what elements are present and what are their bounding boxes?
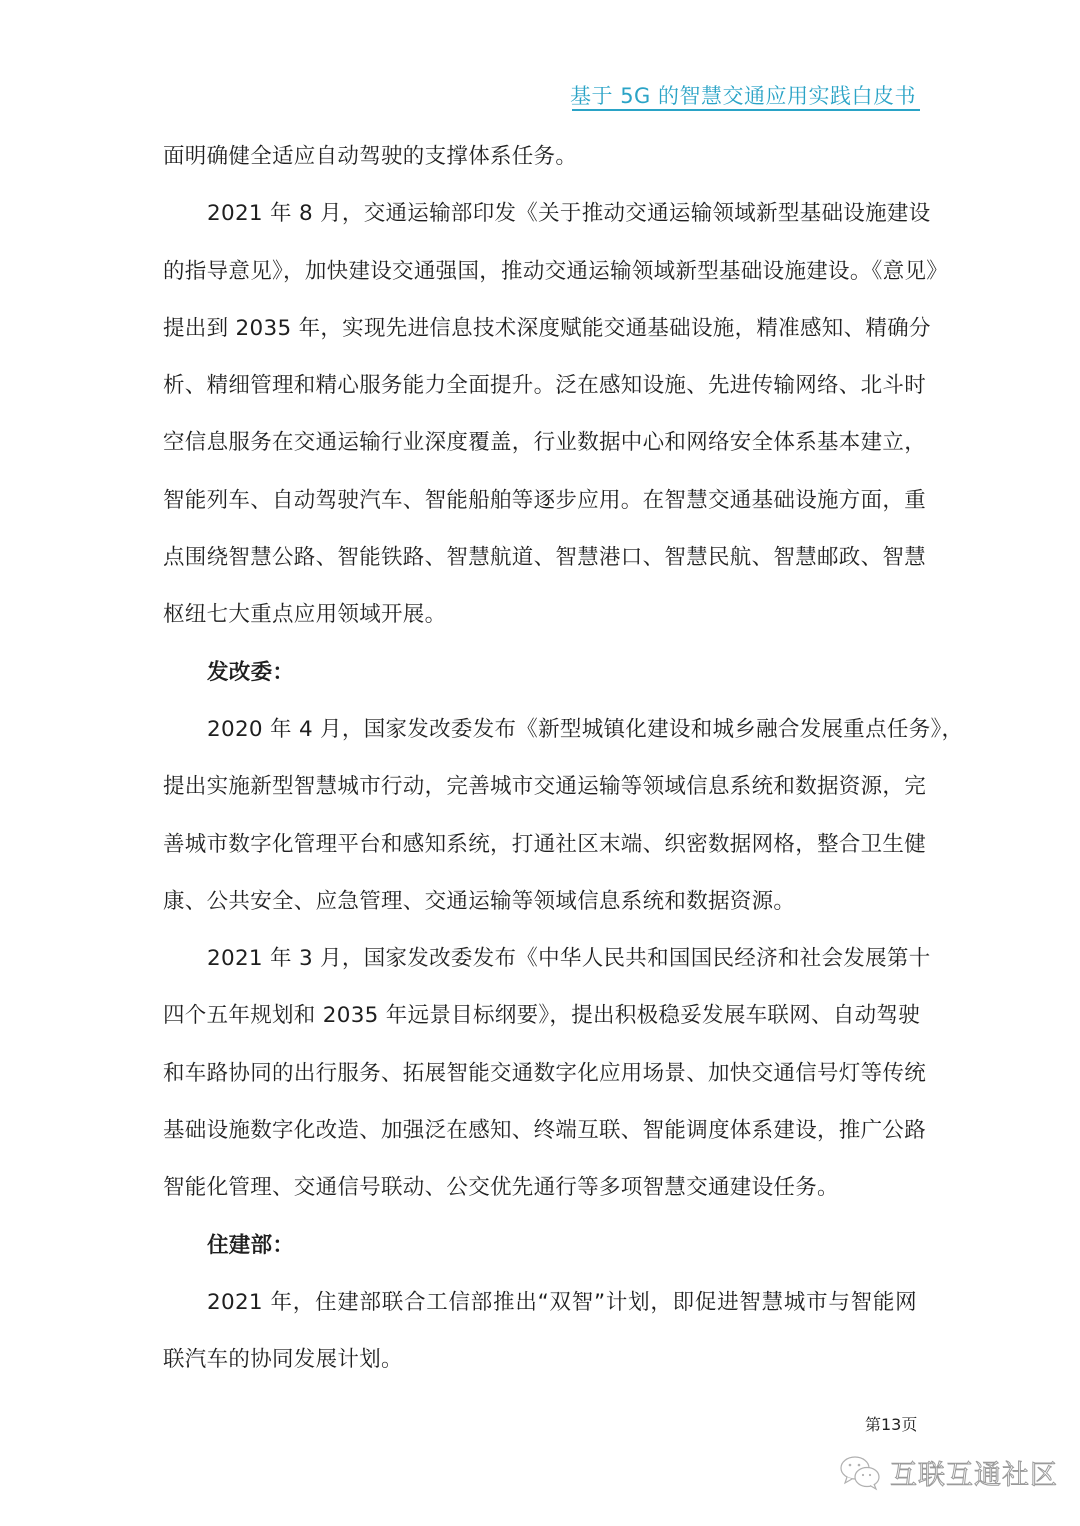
body-line: 2021 年，住建部联合工信部推出“双智”计划，即促进智慧城市与智能网: [163, 1274, 917, 1331]
section-heading-ndrc: 发改委：: [163, 644, 917, 701]
body-line: 善城市数字化管理平台和感知系统，打通社区末端、织密数据网格，整合卫生健: [163, 816, 917, 873]
section-heading-mohurd: 住建部：: [163, 1217, 917, 1274]
body-line: 的指导意见》，加快建设交通强国，推动交通运输领域新型基础设施建设。《意见》: [163, 243, 917, 300]
page-number: 第13页: [865, 1412, 917, 1435]
body-line: 2021 年 8 月，交通运输部印发《关于推动交通运输领域新型基础设施建设: [163, 185, 917, 242]
document-title: 基于 5G 的智慧交通应用实践白皮书: [570, 80, 916, 110]
watermark-text: 互联互通社区: [890, 1453, 1058, 1492]
body-line: 基础设施数字化改造、加强泛在感知、终端互联、智能调度体系建设，推广公路: [163, 1102, 917, 1159]
body-line: 2020 年 4 月，国家发改委发布《新型城镇化建设和城乡融合发展重点任务》，: [163, 701, 917, 758]
watermark: 互联互通社区: [838, 1450, 1058, 1494]
body-line: 和车路协同的出行服务、拓展智能交通数字化应用场景、加快交通信号灯等传统: [163, 1045, 917, 1102]
body-line: 智能列车、自动驾驶汽车、智能船舶等逐步应用。在智慧交通基础设施方面，重: [163, 472, 917, 529]
body-line: 四个五年规划和 2035 年远景目标纲要》，提出积极稳妥发展车联网、自动驾驶: [163, 987, 917, 1044]
body-line: 康、公共安全、应急管理、交通运输等领域信息系统和数据资源。: [163, 873, 917, 930]
body-line: 枢纽七大重点应用领域开展。: [163, 586, 917, 643]
body-line: 点围绕智慧公路、智能铁路、智慧航道、智慧港口、智慧民航、智慧邮政、智慧: [163, 529, 917, 586]
document-body: 面明确健全适应自动驾驶的支撑体系任务。 2021 年 8 月，交通运输部印发《关…: [163, 128, 917, 1389]
body-line: 面明确健全适应自动驾驶的支撑体系任务。: [163, 128, 917, 185]
wechat-icon: [838, 1452, 882, 1492]
header-divider: [572, 109, 920, 111]
body-line: 联汽车的协同发展计划。: [163, 1331, 917, 1388]
body-line: 提出实施新型智慧城市行动，完善城市交通运输等领域信息系统和数据资源，完: [163, 758, 917, 815]
body-line: 2021 年 3 月，国家发改委发布《中华人民共和国国民经济和社会发展第十: [163, 930, 917, 987]
document-header: 基于 5G 的智慧交通应用实践白皮书: [572, 78, 920, 110]
body-line: 智能化管理、交通信号联动、公交优先通行等多项智慧交通建设任务。: [163, 1159, 917, 1216]
body-line: 提出到 2035 年，实现先进信息技术深度赋能交通基础设施，精准感知、精确分: [163, 300, 917, 357]
body-line: 空信息服务在交通运输行业深度覆盖，行业数据中心和网络安全体系基本建立，: [163, 414, 917, 471]
body-line: 析、精细管理和精心服务能力全面提升。泛在感知设施、先进传输网络、北斗时: [163, 357, 917, 414]
